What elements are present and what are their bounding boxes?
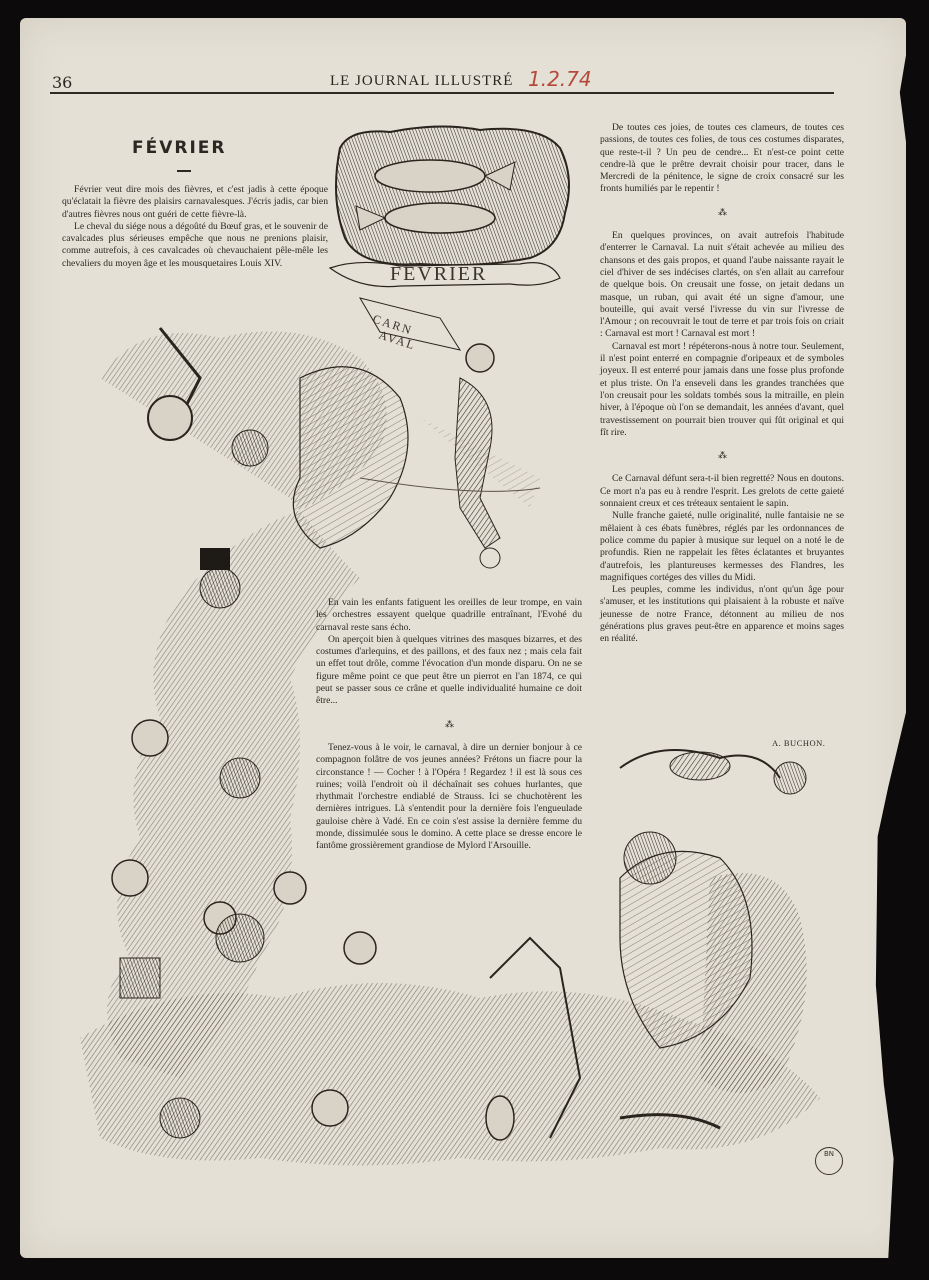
paragraph: Les peuples, comme les individus, n'ont … bbox=[600, 584, 844, 645]
page-header: 36 LE JOURNAL ILLUSTRÉ 1.2.74 bbox=[50, 45, 834, 93]
title-dash bbox=[177, 170, 191, 172]
author-signature: A. BUCHON. bbox=[772, 738, 825, 748]
article-title: FÉVRIER bbox=[132, 138, 227, 158]
journal-title: LE JOURNAL ILLUSTRÉ bbox=[330, 73, 513, 90]
paragraph: En quelques provinces, on avait autrefoi… bbox=[600, 230, 844, 341]
asterism-separator: ⁂ bbox=[316, 718, 582, 730]
right-column: De toutes ces joies, de toutes ces clame… bbox=[600, 122, 844, 646]
paragraph: Tenez-vous à le voir, le carnaval, à dir… bbox=[316, 742, 582, 853]
handwritten-date: 1.2.74 bbox=[528, 67, 592, 91]
paragraph: Le cheval du siége nous a dégoûté du Bœu… bbox=[62, 221, 328, 270]
asterism-separator: ⁂ bbox=[600, 206, 844, 218]
left-column: Février veut dire mois des fièvres, et c… bbox=[62, 184, 328, 270]
paragraph: De toutes ces joies, de toutes ces clame… bbox=[600, 122, 844, 196]
asterism-separator: ⁂ bbox=[600, 449, 844, 461]
paragraph: En vain les enfants fatiguent les oreill… bbox=[316, 597, 582, 634]
paragraph: Février veut dire mois des fièvres, et c… bbox=[62, 184, 328, 221]
middle-column: En vain les enfants fatiguent les oreill… bbox=[316, 597, 582, 853]
header-rule bbox=[50, 92, 834, 94]
paragraph: Ce Carnaval défunt sera-t-il bien regret… bbox=[600, 473, 844, 510]
paragraph: On aperçoit bien à quelques vitrines des… bbox=[316, 634, 582, 708]
library-stamp: BN bbox=[815, 1147, 843, 1175]
paragraph: Carnaval est mort ! répéterons-nous à no… bbox=[600, 341, 844, 439]
page-number: 36 bbox=[52, 73, 72, 92]
paragraph: Nulle franche gaieté, nulle originalité,… bbox=[600, 510, 844, 584]
